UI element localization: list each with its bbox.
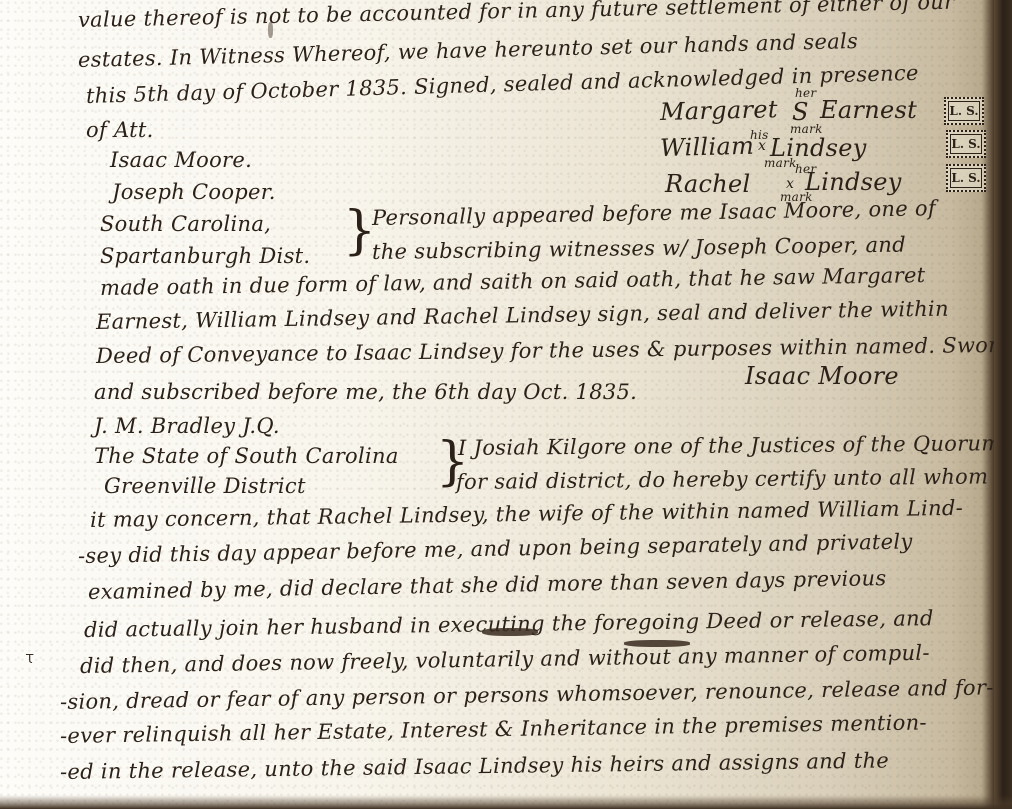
mark-below: mark [764,156,797,170]
oath-line-6: and subscribed before me, the 6th day Oc… [94,380,637,404]
text-line-4: of Att. [86,118,154,142]
witness-isaac-moore: Isaac Moore. [110,148,252,172]
seal-ls-2: L. S. [946,130,986,158]
seal-ls-3: L. S. [946,164,986,192]
manuscript-page: value thereof is not to be accounted for… [0,0,1012,809]
certify-line-3: it may concern, that Rachel Lindsey, the… [90,496,963,532]
certify-line-1: I Josiah Kilgore one of the Justices of … [458,431,1002,460]
seal-ls-1: L. S. [944,97,984,125]
text-line-1: value thereof is not to be accounted for… [78,0,955,32]
book-binding-edge [994,0,1012,809]
signature-isaac-moore: Isaac Moore [745,362,899,390]
signature-mark: x [758,138,766,154]
oath-line-4: Earnest, William Lindsey and Rachel Lind… [96,297,949,334]
witness-joseph-cooper: Joseph Cooper. [112,180,276,204]
certify-line-4: -sey did this day appear before me, and … [78,529,913,568]
certify-line-2: for said district, do hereby certify unt… [456,464,989,494]
certify-line-6: did actually join her husband in executi… [84,606,934,642]
signature-surname: Earnest [820,96,917,124]
certify-line-5: examined by me, did declare that she did… [88,566,887,604]
signature-surname: Lindsey [805,168,902,196]
oath-line-1: Personally appeared before me Isaac Moor… [372,196,936,230]
jurisdiction-state-2: The State of South Carolina [94,444,399,468]
oath-line-2: the subscribing witnesses w/ Joseph Coop… [372,233,906,264]
oath-line-3: made oath in due form of law, and saith … [100,263,926,300]
jurisdiction-district-2: Greenville District [104,474,306,498]
justice-signature: J. M. Bradley J.Q. [94,414,280,438]
ink-spot [268,22,273,38]
signature-firstname: William [660,132,755,162]
certify-line-8: -sion, dread or fear of any person or pe… [60,675,994,714]
certify-line-10: -ed in the release, unto the said Isaac … [60,748,889,784]
signature-firstname: Rachel [665,170,751,198]
signature-firstname: Margaret [660,95,778,126]
jurisdiction-district: Spartanburgh Dist. [100,244,310,268]
certify-line-7: did then, and does now freely, voluntari… [80,641,930,678]
jurisdiction-state: South Carolina, [100,212,271,236]
certify-line-9: -ever relinquish all her Estate, Interes… [60,710,927,748]
ink-blot [624,640,690,647]
margin-mark-icon: Ꚍ [26,652,33,666]
ink-blot [482,628,538,636]
